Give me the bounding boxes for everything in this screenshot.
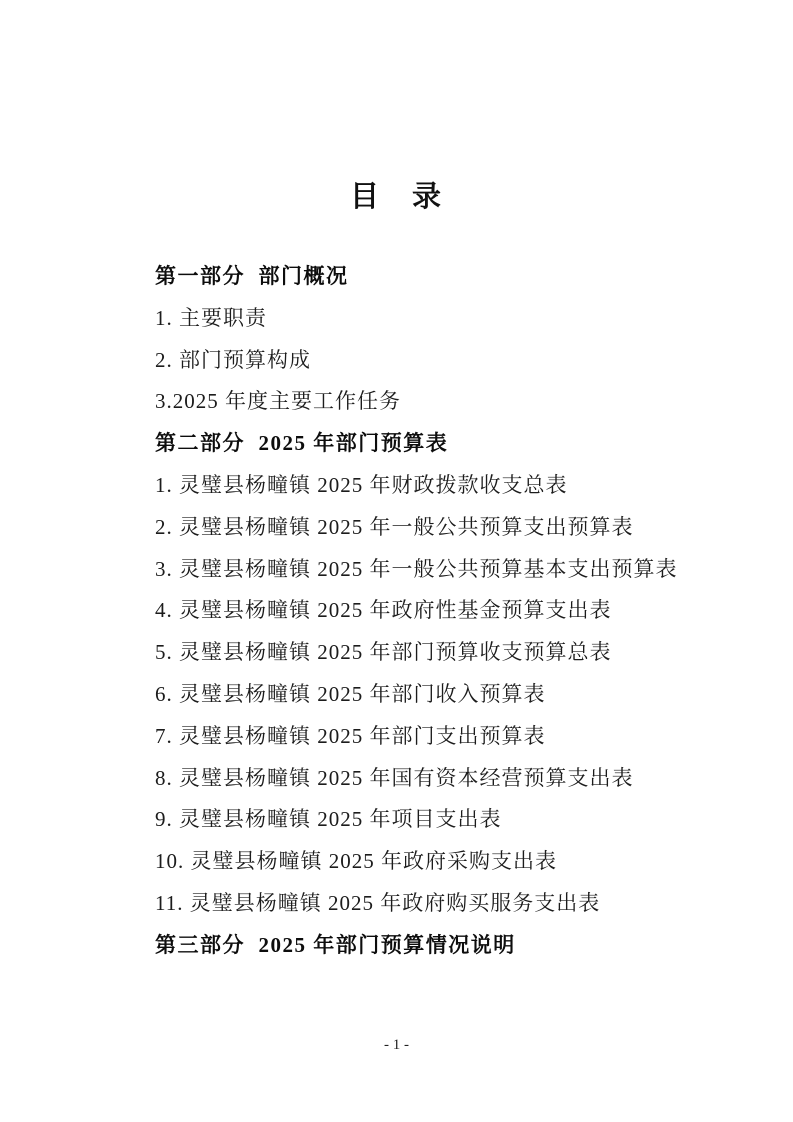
page-number: - 1 - — [0, 1036, 793, 1054]
toc-entry: 6. 灵璧县杨疃镇 2025 年部门收入预算表 — [155, 674, 673, 716]
toc-entry: 2. 灵璧县杨疃镇 2025 年一般公共预算支出预算表 — [155, 507, 673, 549]
toc-entry: 8. 灵璧县杨疃镇 2025 年国有资本经营预算支出表 — [155, 758, 673, 800]
toc-entry: 5. 灵璧县杨疃镇 2025 年部门预算收支预算总表 — [155, 632, 673, 674]
toc-entry: 10. 灵璧县杨疃镇 2025 年政府采购支出表 — [155, 841, 673, 883]
toc-section-heading-part3: 第三部分 2025 年部门预算情况说明 — [155, 925, 673, 967]
toc-entry: 7. 灵璧县杨疃镇 2025 年部门支出预算表 — [155, 716, 673, 758]
toc-entry: 1. 灵璧县杨疃镇 2025 年财政拨款收支总表 — [155, 465, 673, 507]
toc-section-heading-part1: 第一部分 部门概况 — [155, 256, 673, 298]
toc-entry: 11. 灵璧县杨疃镇 2025 年政府购买服务支出表 — [155, 883, 673, 925]
page-title: 目 录 — [0, 178, 793, 216]
toc-entry: 9. 灵璧县杨疃镇 2025 年项目支出表 — [155, 799, 673, 841]
toc-entry: 3.2025 年度主要工作任务 — [155, 381, 673, 423]
toc-entry: 1. 主要职责 — [155, 298, 673, 340]
toc-entry: 3. 灵璧县杨疃镇 2025 年一般公共预算基本支出预算表 — [155, 549, 673, 591]
document-page: 目 录 第一部分 部门概况 1. 主要职责 2. 部门预算构成 3.2025 年… — [0, 0, 793, 1122]
toc-section-heading-part2: 第二部分 2025 年部门预算表 — [155, 423, 673, 465]
toc-entry: 2. 部门预算构成 — [155, 340, 673, 382]
toc-entry: 4. 灵璧县杨疃镇 2025 年政府性基金预算支出表 — [155, 590, 673, 632]
table-of-contents: 第一部分 部门概况 1. 主要职责 2. 部门预算构成 3.2025 年度主要工… — [155, 256, 673, 967]
